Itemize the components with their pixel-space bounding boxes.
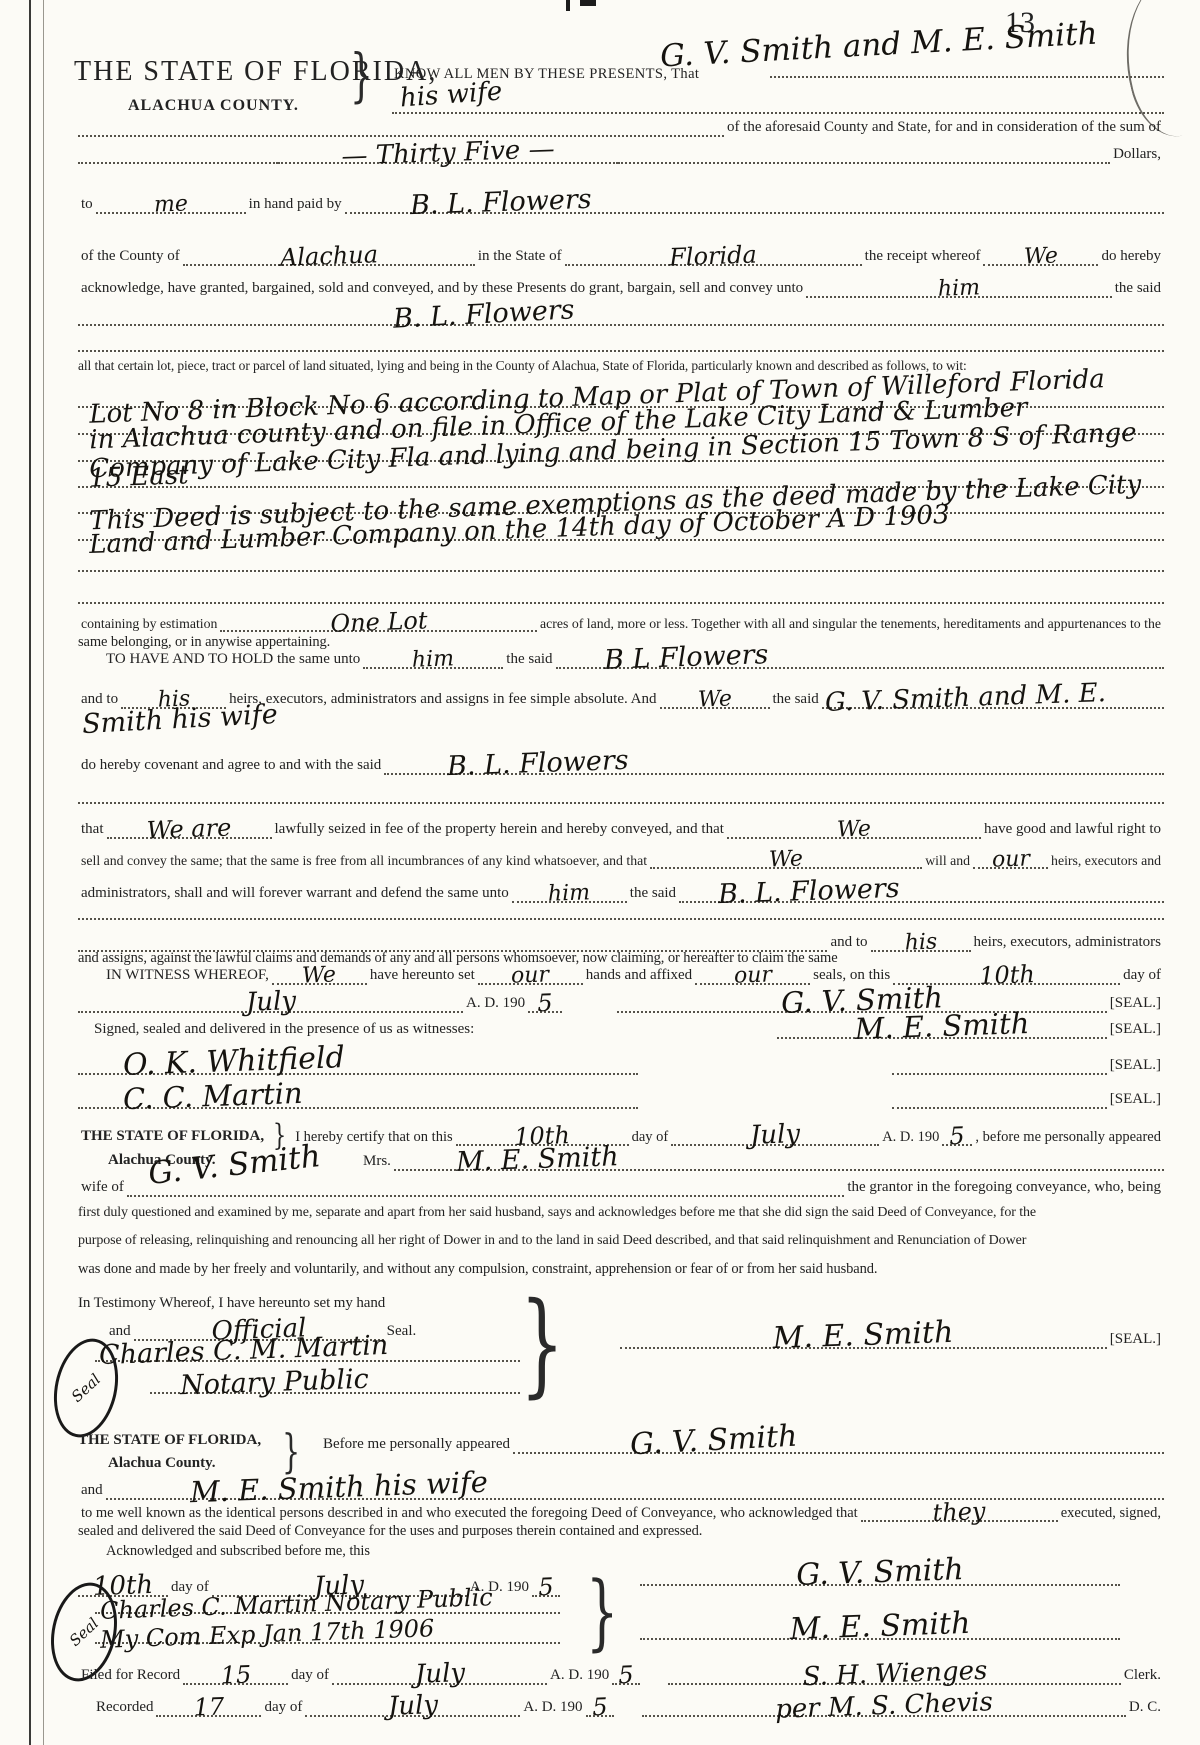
handwritten-our: our [511, 964, 550, 987]
notary-county-title: Alachua County. [108, 1455, 216, 1472]
signature-line: Charles C. Martin Notary Public [95, 1610, 560, 1614]
print-text: Filed for Record [78, 1666, 183, 1685]
print-text: , before me personally appeared [972, 1128, 1164, 1146]
print-text: A. D. 190 [879, 1128, 942, 1146]
blank-line: me [96, 210, 246, 214]
handwritten-year: 5 [537, 990, 553, 1015]
form-line: to me in hand paid by B. L. Flowers [78, 195, 1164, 214]
print-text: will and [922, 852, 973, 869]
description-line: Company of Lake City Fla and lying and b… [78, 458, 1164, 462]
print-text: sealed and delivered the said Deed of Co… [78, 1523, 702, 1540]
form-line: THE STATE OF FLORIDA, } I hereby certify… [78, 1125, 1164, 1146]
blank-line: July [78, 1009, 463, 1013]
form-line: do hereby covenant and agree to and with… [78, 756, 1164, 775]
blank-line: B. L. Flowers [384, 771, 1164, 775]
blank-line: We [727, 835, 981, 839]
blank-line: his [871, 948, 971, 952]
print-text: day of [1120, 966, 1164, 985]
form-line: Filed for Record 15 day of July A. D. 19… [78, 1666, 1164, 1685]
print-text: in the State of [475, 247, 565, 266]
handwritten-grantee: B. L. Flowers [717, 875, 899, 908]
print-text: heirs, executors and [1048, 852, 1164, 869]
handwritten-his: his [904, 931, 937, 954]
blank-line [78, 568, 1164, 572]
blank-line: B. L. Flowers [345, 210, 1164, 214]
handwritten-him: him [938, 277, 981, 300]
form-line: and to his heirs, executors, administrat… [78, 933, 1164, 952]
signature-line: Charles C. M. Martin [95, 1358, 520, 1362]
handwritten-our: our [991, 849, 1030, 872]
form-line: Charles C. Martin Notary Public [95, 1610, 560, 1614]
print-text: heirs, executors, administrators [971, 933, 1164, 952]
blank-line: B. L. Flowers [78, 322, 1164, 326]
print-text: wife of [78, 1178, 127, 1197]
print-text: and assigns, against the lawful claims a… [78, 950, 838, 967]
form-line: Charles C. M. Martin [95, 1358, 520, 1362]
signature-line: M. E. Smith [620, 1345, 1107, 1349]
form-line: M. E. Smith [SEAL.] [620, 1330, 1164, 1349]
print-text: A. D. 190 [547, 1666, 612, 1685]
blank-line: they [861, 1518, 1058, 1522]
blank-line [78, 800, 1164, 804]
description-line: Land and Lumber Company on the 14th day … [78, 537, 1164, 541]
signature-clerk: S. H. Wienges [802, 1658, 988, 1690]
print-text: acknowledge, have granted, bargained, so… [78, 279, 806, 298]
handwritten-year: 5 [949, 1124, 965, 1149]
print-text: acres of land, more or less. Together wi… [537, 615, 1164, 632]
signature-line: M. E. Smith [640, 1636, 1120, 1640]
form-line: that We are lawfully seized in fee of th… [78, 820, 1164, 839]
blank-line: our [695, 981, 810, 985]
handwritten-him: him [548, 882, 591, 905]
notary-brace: } [586, 1572, 618, 1654]
blank-line: We [272, 981, 367, 985]
testimony-brace: } [520, 1288, 564, 1400]
handwritten-filed-year: 5 [618, 1662, 634, 1687]
binding-line-light [43, 0, 44, 1745]
form-line [78, 568, 1164, 572]
binding-line [29, 0, 31, 1745]
blank-line [78, 348, 1164, 352]
print-text: have hereunto set [367, 966, 478, 985]
signature-line: per M. S. Chevis [642, 1713, 1126, 1717]
blank-line: him [806, 294, 1112, 298]
handwritten-description: 15 East [88, 462, 188, 491]
seal-bracket: [SEAL.] [1107, 994, 1164, 1013]
print-text: and [106, 1322, 134, 1341]
deputy-clerk-label: D. C. [1126, 1698, 1164, 1717]
blank-line: 5 [586, 1713, 614, 1717]
print-text: and to [78, 690, 121, 709]
blank-line [78, 916, 1164, 920]
form-line: acknowledge, have granted, bargained, so… [78, 279, 1164, 298]
blank-line: B. L. Flowers [679, 899, 1164, 903]
blank-line: Alachua [183, 262, 475, 266]
form-line: G. V. Smith [640, 1582, 1120, 1586]
blank-line [127, 1193, 844, 1197]
blank-line [392, 110, 1164, 114]
handwritten-grantee: B L Flowers [604, 641, 769, 674]
form-line: M. E. Smith [640, 1636, 1120, 1640]
form-line: of the aforesaid County and State, for a… [78, 118, 1164, 137]
handwritten-filed-day: 15 [220, 1662, 251, 1687]
clerk-label: Clerk. [1121, 1666, 1164, 1685]
signature-me-smith: M. E. Smith [773, 1318, 955, 1354]
form-line: My Com Exp Jan 17th 1906 [95, 1640, 560, 1644]
handwritten-grantee: B. L. Flowers [392, 296, 575, 332]
signature-line: S. H. Wienges [668, 1681, 1121, 1685]
notary-paragraph: first duly questioned and examined by me… [78, 1205, 1036, 1221]
form-line: administrators, shall and will forever w… [78, 884, 1164, 903]
blank-line [78, 600, 1164, 604]
print-text: the grantor in the foregoing conveyance,… [844, 1178, 1164, 1197]
form-line [78, 916, 1164, 920]
form-line: wife of the grantor in the foregoing con… [78, 1178, 1164, 1197]
blank-line: our [973, 865, 1048, 869]
handwritten-year: 5 [538, 1574, 554, 1599]
blank-line [618, 160, 1110, 164]
blank-line [78, 160, 278, 164]
blank-line: 5 [532, 1593, 560, 1597]
form-line: Before me personally appeared G. V. Smit… [320, 1435, 1164, 1454]
handwritten-they: they [932, 1499, 986, 1525]
deed-page: 13 THE STATE OF FLORIDA, } ALACHUA COUNT… [0, 0, 1200, 1745]
blank-line [78, 133, 724, 137]
spacer [614, 1715, 642, 1717]
handwritten-month: July [245, 988, 296, 1016]
handwritten-recorded-year: 5 [592, 1694, 608, 1719]
print-text: sell and convey the same; that the same … [78, 852, 650, 869]
blank-line: We [660, 705, 770, 709]
blank-line: 15 [183, 1681, 288, 1685]
signature-me-smith: M. E. Smith [789, 1609, 971, 1645]
blank-line [770, 74, 1164, 78]
blank-line: B L Flowers [556, 665, 1164, 669]
description-intro: all that certain lot, piece, tract or pa… [78, 358, 967, 374]
handwritten-we: We [837, 818, 872, 841]
print-text: of the aforesaid County and State, for a… [724, 118, 1164, 137]
handwritten-we-are: We are [146, 815, 231, 842]
handwritten-we: We [1024, 245, 1059, 268]
signature-gv-smith: G. V. Smith [796, 1555, 964, 1591]
signature-witness1: O. K. Whitfield [122, 1043, 345, 1081]
print-text: the said [770, 690, 822, 709]
signature-me-smith: M. E. Smith [854, 1009, 1030, 1044]
form-line: B. L. Flowers [78, 322, 1164, 326]
handwritten-recorded-day: 17 [193, 1694, 224, 1719]
seal-bracket: [SEAL.] [1107, 1056, 1164, 1075]
blank-line: Florida [565, 262, 862, 266]
form-line: TO HAVE AND TO HOLD the same unto him th… [78, 650, 1164, 669]
spacer [638, 1073, 892, 1075]
blank-line: We [650, 865, 922, 869]
form-line: sell and convey the same; that the same … [78, 852, 1164, 869]
handwritten-grantors: G. V. Smith and M. E. Smith [659, 19, 1098, 73]
blank-line: 5 [612, 1681, 640, 1685]
print-text: Before me personally appeared [320, 1435, 513, 1454]
header-county-title: ALACHUA COUNTY. [128, 97, 299, 115]
print-text: Acknowledged and subscribed before me, t… [106, 1543, 370, 1560]
blank-line: M. E. Smith [394, 1167, 1164, 1171]
blank-line: G. V. Smith [513, 1450, 1164, 1454]
print-text: day of [261, 1698, 305, 1717]
blank-line [892, 1105, 1107, 1109]
header-state-title: THE STATE OF FLORIDA, [74, 56, 437, 88]
print-text: and to [827, 933, 870, 952]
blank-line: G. V. Smith and M. E. [822, 705, 1164, 709]
print-text: A. D. 190 [520, 1698, 585, 1717]
blank-line: One Lot [220, 628, 537, 632]
form-line: C. C. Martin [SEAL.] [78, 1090, 1164, 1109]
scan-mark [566, 0, 570, 11]
signature-line: My Com Exp Jan 17th 1906 [95, 1640, 560, 1644]
signature-line: Notary Public [150, 1390, 520, 1394]
print-text: A. D. 190 [463, 994, 528, 1013]
notary-brace: } [282, 1428, 300, 1474]
blank-line: him [512, 899, 627, 903]
handwritten-name1: G. V. Smith [630, 1421, 799, 1460]
form-line: IN WITNESS WHEREOF, We have hereunto set… [78, 966, 1164, 985]
print-text: Dollars, [1110, 145, 1164, 164]
signature-line: G. V. Smith [640, 1582, 1120, 1586]
print-text: the receipt whereof [862, 247, 984, 266]
print-text: do hereby covenant and agree to and with… [78, 756, 384, 775]
handwritten-month: July [750, 1121, 801, 1149]
handwritten-our: our [733, 964, 772, 987]
print-text: day of [629, 1128, 672, 1146]
print-text: to me well known as the identical person… [78, 1504, 861, 1522]
handwritten-notary-title: Notary Public [179, 1366, 369, 1400]
print-text: of the County of [78, 247, 183, 266]
print-text: same belonging, or in anywise appertaini… [78, 634, 330, 651]
handwritten-we: We [302, 964, 337, 987]
spacer [562, 1011, 617, 1013]
blank-line: Land and Lumber Company on the 14th day … [78, 537, 1164, 541]
scan-mark [580, 0, 596, 6]
handwritten-we: We [769, 849, 804, 872]
print-text: to [78, 195, 96, 214]
blank-line: 17 [156, 1713, 261, 1717]
spacer [638, 1107, 892, 1109]
print-text: the said [627, 884, 679, 903]
form-line: and M. E. Smith his wife [78, 1481, 1164, 1500]
header-brace: } [350, 46, 373, 104]
blank-line: July [305, 1713, 520, 1717]
form-line: Signed, sealed and delivered in the pres… [78, 1020, 1164, 1039]
print-text: administrators, shall and will forever w… [78, 884, 512, 903]
blank-line: July [332, 1681, 547, 1685]
print-text: day of [288, 1666, 332, 1685]
spacer [640, 1683, 668, 1685]
handwritten-payer: B. L. Flowers [410, 186, 592, 219]
handwritten-amount: — Thirty Five — [341, 136, 555, 169]
form-line [78, 348, 1164, 352]
form-line: of the County of Alachua in the State of… [78, 247, 1164, 266]
blank-line: We are [107, 835, 272, 839]
print-text: TO HAVE AND TO HOLD the same unto [78, 650, 363, 669]
form-line: Recorded 17 day of July A. D. 190 5 per … [78, 1698, 1164, 1717]
signature-line: O. K. Whitfield [78, 1071, 638, 1075]
blank-line: July [671, 1142, 879, 1146]
seal-bracket: [SEAL.] [1107, 1330, 1164, 1349]
print-text: that [78, 820, 107, 839]
print-text: Seal. [384, 1322, 420, 1341]
handwritten-him: him [412, 648, 455, 671]
handwritten-notary-name: Charles C. M. Martin [99, 1332, 389, 1369]
blank-line [892, 1071, 1107, 1075]
handwritten-his-wife: his wife [399, 78, 503, 111]
print-text: the said [1112, 279, 1164, 298]
form-line: to me well known as the identical person… [78, 1504, 1164, 1522]
blank-line: him [363, 665, 503, 669]
print-text: the said [503, 650, 555, 669]
seal-stamp-text: Seal [68, 1370, 104, 1406]
signature-line: M. E. Smith [777, 1035, 1107, 1039]
blank-line: our [478, 981, 583, 985]
blank-line: — Thirty Five — [278, 160, 618, 164]
blank-line: Company of Lake City Fla and lying and b… [78, 458, 1164, 462]
handwritten-name2: M. E. Smith his wife [190, 1468, 489, 1507]
blank-line: We [983, 262, 1098, 266]
print-text: and [78, 1481, 106, 1500]
print-text: lawfully seized in fee of the property h… [272, 820, 727, 839]
print-text: executed, signed, [1058, 1504, 1164, 1522]
notary-paragraph: was done and made by her freely and volu… [78, 1261, 877, 1278]
signature-deputy: per M. S. Chevis [775, 1689, 993, 1723]
form-line: — Thirty Five — Dollars, [78, 145, 1164, 164]
form-line: O. K. Whitfield [SEAL.] [78, 1056, 1164, 1075]
handwritten-grantors: G. V. Smith and M. E. [825, 680, 1107, 716]
handwritten-county: Alachua [279, 242, 378, 269]
signature-line: C. C. Martin [78, 1105, 638, 1109]
blank-line: 5 [528, 1009, 562, 1013]
notary-state-title: THE STATE OF FLORIDA, [78, 1127, 267, 1146]
handwritten-recorded-month: July [387, 1692, 438, 1720]
form-line: Mrs. M. E. Smith [78, 1152, 1164, 1171]
signature-witness2: C. C. Martin [122, 1079, 303, 1114]
blank-line: 5 [942, 1142, 972, 1146]
print-text: IN WITNESS WHEREOF, [78, 966, 272, 985]
handwritten-grantee: B. L. Flowers [446, 747, 628, 780]
form-line [78, 800, 1164, 804]
print-text: Recorded [78, 1698, 156, 1717]
blank-line: M. E. Smith his wife [106, 1496, 1164, 1500]
print-text: heirs, executors, administrators and ass… [226, 690, 659, 709]
print-text: have good and lawful right to [981, 820, 1164, 839]
spacer [78, 1169, 360, 1171]
spacer [477, 1037, 776, 1039]
print-text: do hereby [1098, 247, 1164, 266]
testimony-line: In Testimony Whereof, I have hereunto se… [78, 1295, 385, 1312]
handwritten-wife-name: M. E. Smith [455, 1143, 619, 1176]
seal-bracket: [SEAL.] [1107, 1020, 1164, 1039]
notary-paragraph: purpose of releasing, relinquishing and … [78, 1233, 1026, 1249]
seal-stamp-text: Seal [66, 1614, 102, 1650]
handwritten-estimate: One Lot [330, 609, 428, 636]
handwritten-day: 10th [978, 962, 1034, 988]
print-text: Mrs. [360, 1152, 394, 1171]
handwritten-payee: me [153, 193, 188, 216]
form-line [78, 600, 1164, 604]
form-line: Notary Public [150, 1390, 520, 1394]
handwritten-we: We [697, 688, 732, 711]
handwritten-state: Florida [669, 242, 757, 269]
print-text: containing by estimation [78, 615, 220, 632]
print-text: in hand paid by [246, 195, 345, 214]
handwritten-filed-month: July [414, 1660, 465, 1688]
form-line: containing by estimation One Lot acres o… [78, 615, 1164, 632]
print-text: Signed, sealed and delivered in the pres… [78, 1020, 477, 1039]
notary-state-title: THE STATE OF FLORIDA, [78, 1432, 261, 1449]
seal-bracket: [SEAL.] [1107, 1090, 1164, 1109]
print-text: hands and affixed [583, 966, 695, 985]
